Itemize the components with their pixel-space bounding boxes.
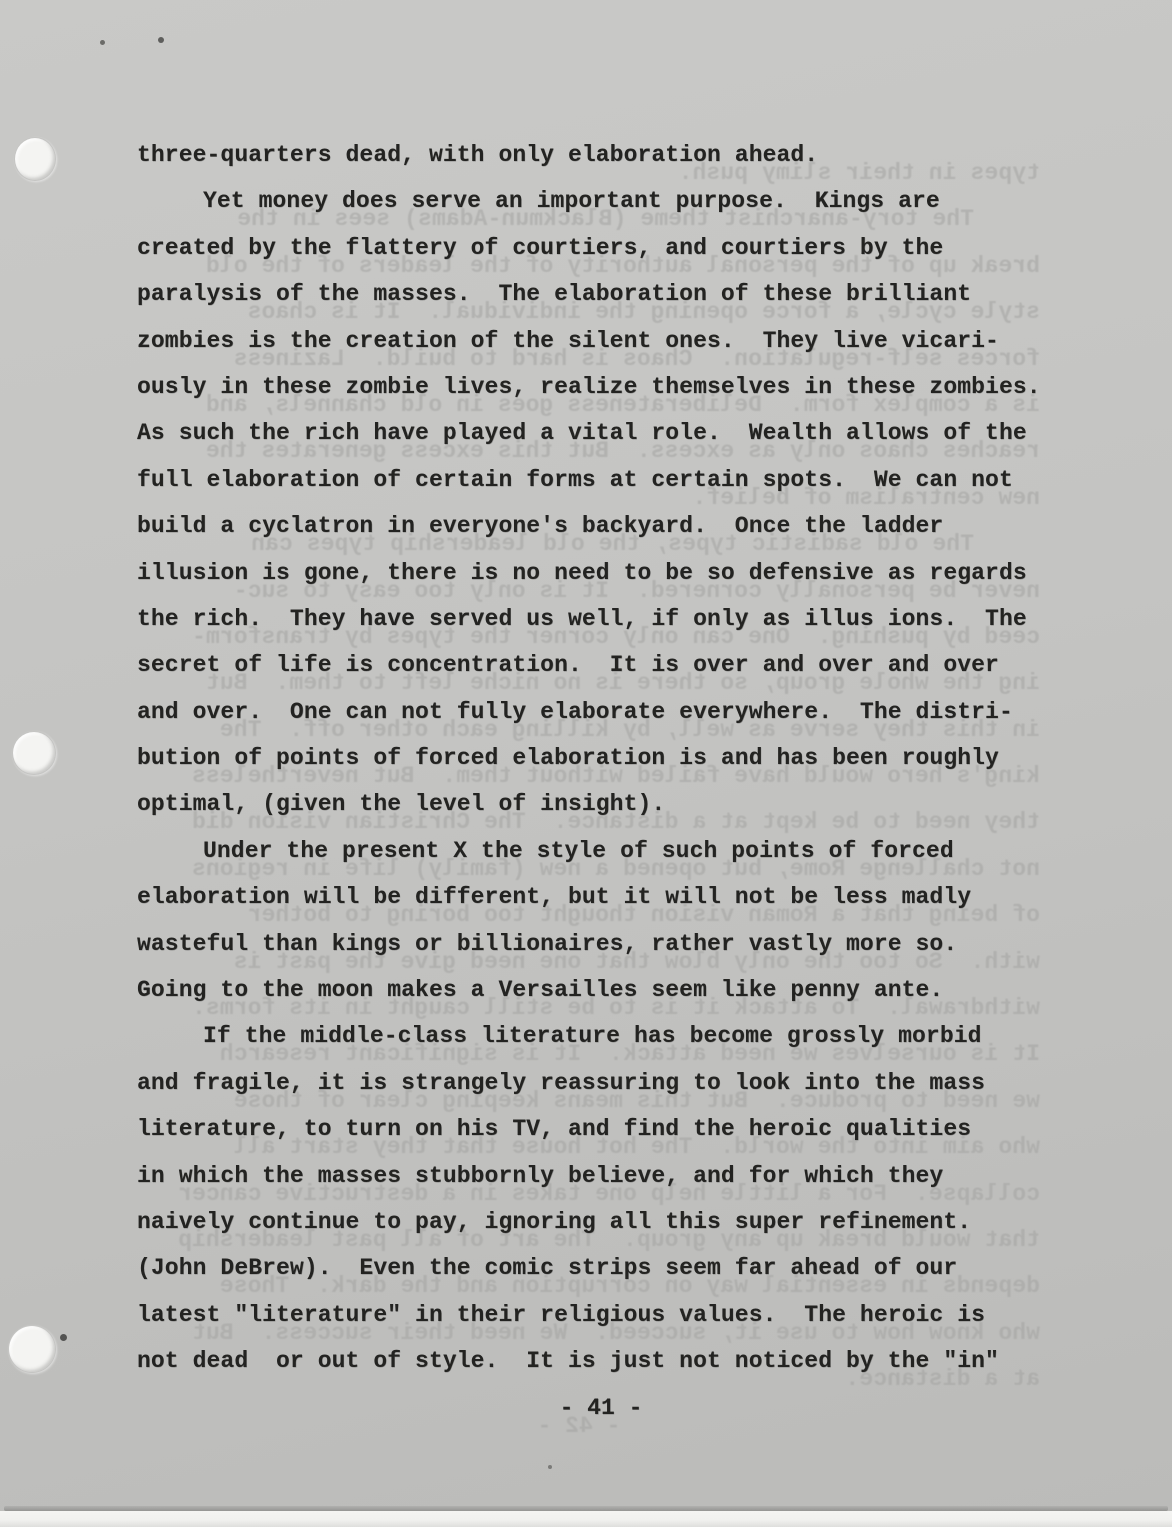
text-line: literature, to turn on his TV, and find …: [137, 1106, 1065, 1152]
paper-speck: [158, 37, 164, 43]
text-line: wasteful than kings or billionaires, rat…: [137, 921, 1065, 967]
text-line: the rich. They have served us well, if o…: [137, 596, 1065, 642]
text-line: (John DeBrew). Even the comic strips see…: [137, 1245, 1065, 1291]
text-line: elaboration will be different, but it wi…: [137, 874, 1065, 920]
page-number: - 41 -: [137, 1385, 1065, 1431]
text-line: Going to the moon makes a Versailles see…: [137, 967, 1065, 1013]
punch-hole: [8, 1325, 56, 1373]
text-line: in which the masses stubbornly believe, …: [137, 1153, 1065, 1199]
text-line: not dead or out of style. It is just not…: [137, 1338, 1065, 1384]
text-line: bution of points of forced elaboration i…: [137, 735, 1065, 781]
text-line: Yet money does serve an important purpos…: [137, 178, 1065, 224]
text-line: ously in these zombie lives, realize the…: [137, 364, 1065, 410]
text-line: latest "literature" in their religious v…: [137, 1292, 1065, 1338]
body-text: three-quarters dead, with only elaborati…: [137, 132, 1065, 1385]
text-line: zombies is the creation of the silent on…: [137, 318, 1065, 364]
text-line: Under the present X the style of such po…: [137, 828, 1065, 874]
punch-hole: [14, 137, 56, 181]
paper-speck: [100, 40, 105, 45]
text-line: paralysis of the masses. The elaboration…: [137, 271, 1065, 317]
paper-speck: [60, 1334, 67, 1341]
text-line: and fragile, it is strangely reassuring …: [137, 1060, 1065, 1106]
scanned-page-view: types in their slimy push.The tory-anarc…: [0, 0, 1172, 1527]
paper-speck: [548, 1465, 552, 1469]
text-line: As such the rich have played a vital rol…: [137, 410, 1065, 456]
punch-hole: [12, 731, 56, 775]
text-line: secret of life is concentration. It is o…: [137, 642, 1065, 688]
text-line: naively continue to pay, ignoring all th…: [137, 1199, 1065, 1245]
text-line: If the middle-class literature has becom…: [137, 1013, 1065, 1059]
scanner-backing: [0, 1511, 1172, 1527]
text-line: illusion is gone, there is no need to be…: [137, 550, 1065, 596]
text-line: created by the flattery of courtiers, an…: [137, 225, 1065, 271]
text-line: optimal, (given the level of insight).: [137, 781, 1065, 827]
text-line: full elaboration of certain forms at cer…: [137, 457, 1065, 503]
text-line: build a cyclatron in everyone's backyard…: [137, 503, 1065, 549]
text-line: and over. One can not fully elaborate ev…: [137, 689, 1065, 735]
text-line: three-quarters dead, with only elaborati…: [137, 132, 1065, 178]
